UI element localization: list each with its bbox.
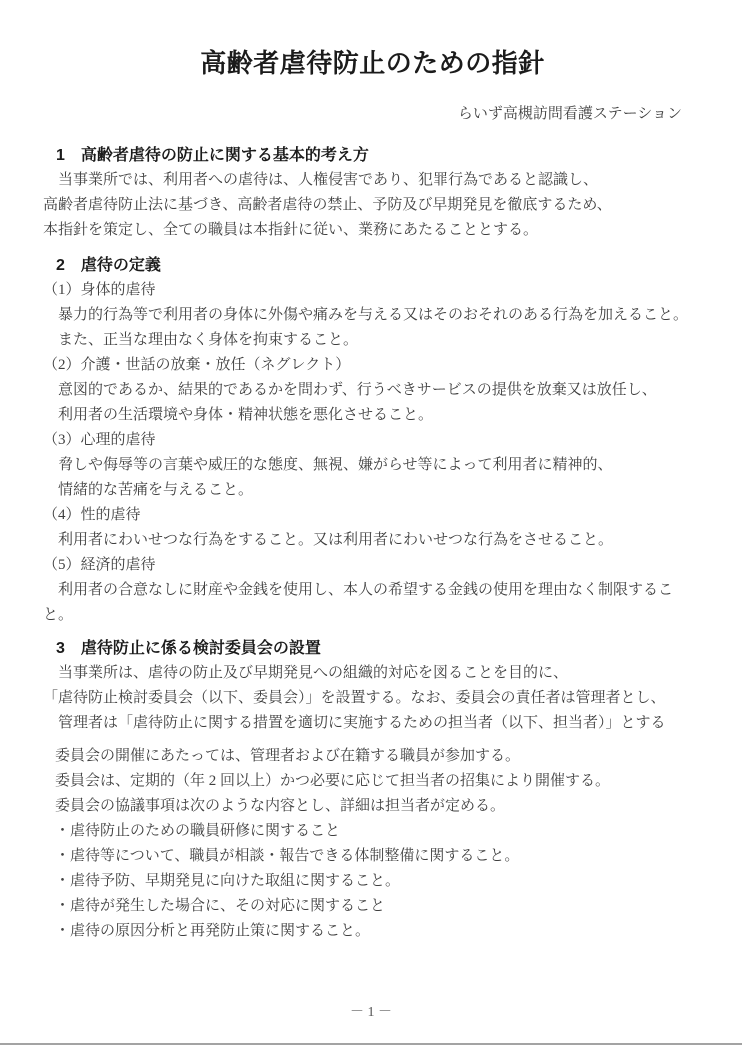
document-page: 高齢者虐待防止のための指針 らいず高槻訪問看護ステーション 1 高齢者虐待の防止… <box>0 0 742 1050</box>
section-1-heading: 1 高齢者虐待の防止に関する基本的考え方 <box>56 143 702 168</box>
paragraph-line: 委員会の開催にあたっては、管理者および在籍する職員が参加する。 <box>55 744 702 769</box>
definition-item-body: 利用者の合意なしに財産や金銭を使用し、本人の希望する金銭の使用を理由なく制限する… <box>43 578 702 628</box>
definition-item-title: （2）介護・世話の放棄・放任（ネグレクト） <box>43 353 702 378</box>
definition-item-body: 利用者の生活環境や身体・精神状態を悪化させること。 <box>43 403 702 428</box>
document-title: 高齢者虐待防止のための指針 <box>43 46 702 80</box>
definition-item-title: （1）身体的虐待 <box>43 278 702 303</box>
section-3-heading: 3 虐待防止に係る検討委員会の設置 <box>56 636 702 661</box>
definition-item-body: また、正当な理由なく身体を拘束すること。 <box>43 328 702 353</box>
section-basic-policy: 1 高齢者虐待の防止に関する基本的考え方 当事業所では、利用者への虐待は、人権侵… <box>43 143 702 243</box>
section-committee-establishment: 3 虐待防止に係る検討委員会の設置 当事業所は、虐待の防止及び早期発見への組織的… <box>43 636 702 736</box>
definition-item-title: （3）心理的虐待 <box>43 428 702 453</box>
document-content: 高齢者虐待防止のための指針 らいず高槻訪問看護ステーション 1 高齢者虐待の防止… <box>0 0 742 944</box>
paragraph-line: 当事業所では、利用者への虐待は、人権侵害であり、犯罪行為であると認識し、 <box>43 168 702 193</box>
definition-item-body: 暴力的行為等で利用者の身体に外傷や痛みを与える又はそのおそれのある行為を加えるこ… <box>43 303 702 328</box>
paragraph-line: 委員会の協議事項は次のような内容とし、詳細は担当者が定める。 <box>55 794 702 819</box>
bullet-item: ・虐待の原因分析と再発防止策に関すること。 <box>55 919 702 944</box>
paragraph-line: 本指針を策定し、全ての職員は本指針に従い、業務にあたることとする。 <box>43 218 702 243</box>
bullet-item: ・虐待等について、職員が相談・報告できる体制整備に関すること。 <box>55 844 702 869</box>
definition-item-body: 利用者にわいせつな行為をすること。又は利用者にわいせつな行為をさせること。 <box>43 528 702 553</box>
document-subtitle: らいず高槻訪問看護ステーション <box>43 102 702 127</box>
bullet-item: ・虐待防止のための職員研修に関すること <box>55 819 702 844</box>
section-2-heading: 2 虐待の定義 <box>56 253 702 278</box>
bullet-item: ・虐待予防、早期発見に向けた取組に関すること。 <box>55 869 702 894</box>
paragraph-line: 委員会は、定期的（年 2 回以上）かつ必要に応じて担当者の招集により開催する。 <box>55 769 702 794</box>
paragraph-line: 高齢者虐待防止法に基づき、高齢者虐待の禁止、予防及び早期発見を徹底するため、 <box>43 193 702 218</box>
definition-item-body: 意図的であるか、結果的であるかを問わず、行うべきサービスの提供を放棄又は放任し、 <box>43 378 702 403</box>
definition-item-title: （5）経済的虐待 <box>43 553 702 578</box>
paragraph-line: 当事業所は、虐待の防止及び早期発見への組織的対応を図ることを目的に、 <box>43 661 702 686</box>
paragraph-line: 管理者は「虐待防止に関する措置を適切に実施するための担当者（以下、担当者）」とす… <box>43 711 702 736</box>
section-abuse-definitions: 2 虐待の定義 （1）身体的虐待 暴力的行為等で利用者の身体に外傷や痛みを与える… <box>43 253 702 628</box>
committee-operation-paragraph: 委員会の開催にあたっては、管理者および在籍する職員が参加する。 委員会は、定期的… <box>43 744 702 944</box>
definition-item-title: （4）性的虐待 <box>43 503 702 528</box>
page-number: － 1 － <box>0 1002 742 1024</box>
paragraph-line: 「虐待防止検討委員会（以下、委員会）」を設置する。なお、委員会の責任者は管理者と… <box>43 686 702 711</box>
definition-item-body: 情緒的な苦痛を与えること。 <box>43 478 702 503</box>
page-bottom-separator <box>0 1043 742 1045</box>
bullet-item: ・虐待が発生した場合に、その対応に関すること <box>55 894 702 919</box>
definition-item-body: 脅しや侮辱等の言葉や威圧的な態度、無視、嫌がらせ等によって利用者に精神的、 <box>43 453 702 478</box>
